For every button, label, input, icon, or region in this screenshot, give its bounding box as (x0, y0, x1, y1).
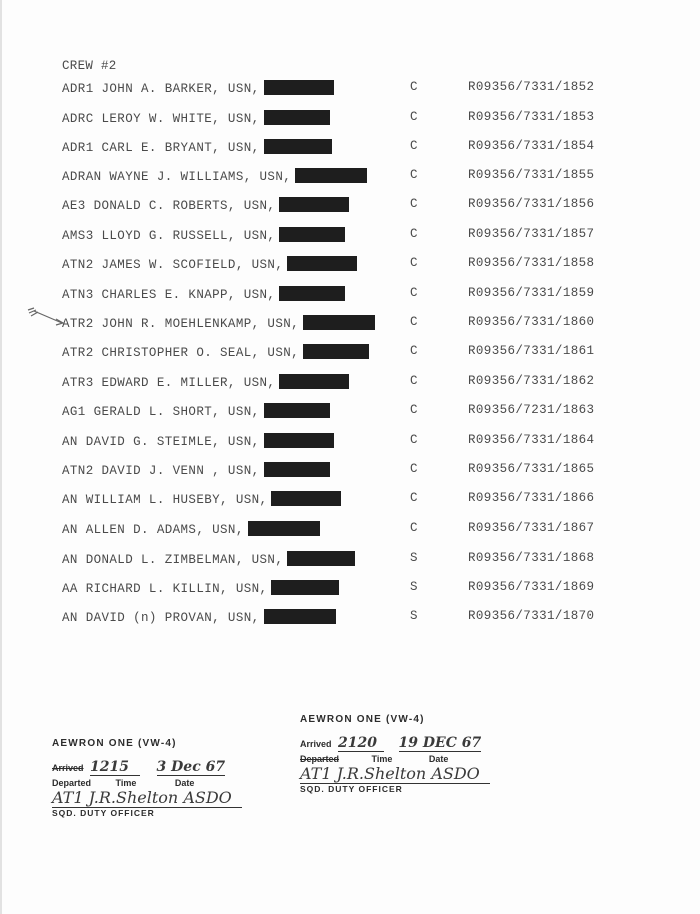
name-text: ADR1 CARL E. BRYANT, USN, (62, 141, 260, 155)
arrived-date: 19 DEC 67 (399, 735, 482, 752)
clearance-code: C (410, 256, 418, 270)
crew-member-name: ATR2 CHRISTOPHER O. SEAL, USN, (62, 344, 369, 360)
redaction-bar (271, 491, 341, 506)
arrived-date: 3 Dec 67 (157, 759, 226, 776)
crew-row: AN DONALD L. ZIMBELMAN, USN,SR09356/7331… (2, 551, 700, 571)
reference-number: R09356/7331/1856 (468, 197, 594, 211)
clearance-code: C (410, 197, 418, 211)
redaction-bar (279, 197, 349, 212)
date-label: Date (429, 754, 449, 764)
crew-row: AA RICHARD L. KILLIN, USN,SR09356/7331/1… (2, 580, 700, 600)
clearance-code: C (410, 521, 418, 535)
crew-member-name: AE3 DONALD C. ROBERTS, USN, (62, 197, 349, 213)
crew-row: ATN2 DAVID J. VENN , USN,CR09356/7331/18… (2, 462, 700, 482)
redaction-bar (248, 521, 320, 536)
reference-number: R09356/7331/1862 (468, 374, 594, 388)
reference-number: R09356/7331/1864 (468, 433, 594, 447)
name-text: AN DAVID G. STEIMLE, USN, (62, 435, 260, 449)
reference-number: R09356/7331/1860 (468, 315, 594, 329)
clearance-code: C (410, 286, 418, 300)
reference-number: R09356/7331/1859 (468, 286, 594, 300)
crew-member-name: AG1 GERALD L. SHORT, USN, (62, 403, 330, 419)
departed-label: Departed (300, 754, 339, 764)
clearance-code: C (410, 462, 418, 476)
redaction-bar (264, 80, 334, 95)
redaction-bar (264, 403, 330, 418)
crew-row: ADRC LEROY W. WHITE, USN,CR09356/7331/18… (2, 110, 700, 130)
officer-label: SQD. DUTY OFFICER (300, 784, 490, 794)
clearance-code: S (410, 551, 418, 565)
crew-member-name: ATR2 JOHN R. MOEHLENKAMP, USN, (62, 315, 375, 331)
redaction-bar (287, 551, 355, 566)
reference-number: R09356/7331/1857 (468, 227, 594, 241)
clearance-code: S (410, 609, 418, 623)
redaction-bar (279, 286, 345, 301)
redaction-bar (264, 139, 332, 154)
date-label: Date (175, 778, 195, 788)
clearance-code: C (410, 168, 418, 182)
crew-row: ATR2 CHRISTOPHER O. SEAL, USN,CR09356/73… (2, 344, 700, 364)
name-text: ATR2 CHRISTOPHER O. SEAL, USN, (62, 346, 299, 360)
clearance-code: C (410, 80, 418, 94)
reference-number: R09356/7331/1855 (468, 168, 594, 182)
crew-member-name: AN ALLEN D. ADAMS, USN, (62, 521, 320, 537)
crew-member-name: ATN2 DAVID J. VENN , USN, (62, 462, 330, 478)
crew-row: AN ALLEN D. ADAMS, USN,CR09356/7331/1867 (2, 521, 700, 541)
clearance-code: C (410, 227, 418, 241)
name-text: AN DAVID (n) PROVAN, USN, (62, 611, 260, 625)
name-text: ATN2 JAMES W. SCOFIELD, USN, (62, 258, 283, 272)
stamp-header: AEWRON ONE (VW-4) (300, 714, 490, 725)
crew-member-name: ADRC LEROY W. WHITE, USN, (62, 110, 330, 126)
crew-row: AE3 DONALD C. ROBERTS, USN,CR09356/7331/… (2, 197, 700, 217)
crew-row: ATR2 JOHN R. MOEHLENKAMP, USN,CR09356/73… (2, 315, 700, 335)
crew-member-name: ATN2 JAMES W. SCOFIELD, USN, (62, 256, 357, 272)
reference-number: R09356/7331/1853 (468, 110, 594, 124)
redaction-bar (264, 110, 330, 125)
name-text: ADRAN WAYNE J. WILLIAMS, USN, (62, 170, 291, 184)
crew-member-name: ADR1 JOHN A. BARKER, USN, (62, 80, 334, 96)
crew-row: ADRAN WAYNE J. WILLIAMS, USN,CR09356/733… (2, 168, 700, 188)
signature: AT1 J.R.Shelton ASDO (300, 764, 490, 784)
stamp-left: AEWRON ONE (VW-4) Arrived 1215 3 Dec 67 … (52, 738, 242, 818)
reference-number: R09356/7331/1870 (468, 609, 594, 623)
name-text: AN WILLIAM L. HUSEBY, USN, (62, 493, 267, 507)
name-text: AA RICHARD L. KILLIN, USN, (62, 582, 267, 596)
arrived-label: Arrived (300, 739, 332, 749)
crew-row: ADR1 JOHN A. BARKER, USN,CR09356/7331/18… (2, 80, 700, 100)
crew-row: ATN3 CHARLES E. KNAPP, USN,CR09356/7331/… (2, 286, 700, 306)
name-text: ATR3 EDWARD E. MILLER, USN, (62, 376, 275, 390)
stamp-header: AEWRON ONE (VW-4) (52, 738, 242, 749)
crew-row: ATR3 EDWARD E. MILLER, USN,CR09356/7331/… (2, 374, 700, 394)
crew-member-name: ADR1 CARL E. BRYANT, USN, (62, 139, 332, 155)
time-label: Time (372, 754, 393, 764)
reference-number: R09356/7331/1867 (468, 521, 594, 535)
clearance-code: C (410, 315, 418, 329)
crew-member-name: ATR3 EDWARD E. MILLER, USN, (62, 374, 349, 390)
redaction-bar (303, 315, 375, 330)
redaction-bar (264, 609, 336, 624)
crew-member-name: AN DAVID (n) PROVAN, USN, (62, 609, 336, 625)
clearance-code: C (410, 110, 418, 124)
time-label: Time (116, 778, 137, 788)
reference-number: R09356/7331/1869 (468, 580, 594, 594)
name-text: ATR2 JOHN R. MOEHLENKAMP, USN, (62, 317, 299, 331)
reference-number: R09356/7331/1868 (468, 551, 594, 565)
crew-row: ATN2 JAMES W. SCOFIELD, USN,CR09356/7331… (2, 256, 700, 276)
redaction-bar (295, 168, 367, 183)
name-text: ADRC LEROY W. WHITE, USN, (62, 112, 260, 126)
redaction-bar (264, 433, 334, 448)
reference-number: R09356/7331/1858 (468, 256, 594, 270)
clearance-code: C (410, 403, 418, 417)
name-text: ATN2 DAVID J. VENN , USN, (62, 464, 260, 478)
document-page: CREW #2 ADR1 JOHN A. BARKER, USN,CR09356… (0, 0, 700, 914)
crew-member-name: ADRAN WAYNE J. WILLIAMS, USN, (62, 168, 367, 184)
reference-number: R09356/7331/1865 (468, 462, 594, 476)
redaction-bar (287, 256, 357, 271)
clearance-code: C (410, 344, 418, 358)
name-text: AMS3 LLOYD G. RUSSELL, USN, (62, 229, 275, 243)
crew-row: AG1 GERALD L. SHORT, USN,CR09356/7231/18… (2, 403, 700, 423)
name-text: AN ALLEN D. ADAMS, USN, (62, 523, 244, 537)
arrived-label: Arrived (52, 763, 84, 773)
arrived-time: 1215 (90, 759, 140, 776)
clearance-code: C (410, 491, 418, 505)
crew-row: AN WILLIAM L. HUSEBY, USN,CR09356/7331/1… (2, 491, 700, 511)
officer-label: SQD. DUTY OFFICER (52, 808, 242, 818)
crew-member-name: AMS3 LLOYD G. RUSSELL, USN, (62, 227, 345, 243)
arrived-time: 2120 (338, 735, 384, 752)
clearance-code: S (410, 580, 418, 594)
clearance-code: C (410, 139, 418, 153)
reference-number: R09356/7231/1863 (468, 403, 594, 417)
crew-row: ADR1 CARL E. BRYANT, USN,CR09356/7331/18… (2, 139, 700, 159)
name-text: AN DONALD L. ZIMBELMAN, USN, (62, 553, 283, 567)
crew-member-name: AA RICHARD L. KILLIN, USN, (62, 580, 339, 596)
name-text: AE3 DONALD C. ROBERTS, USN, (62, 199, 275, 213)
reference-number: R09356/7331/1861 (468, 344, 594, 358)
reference-number: R09356/7331/1852 (468, 80, 594, 94)
name-text: AG1 GERALD L. SHORT, USN, (62, 405, 260, 419)
name-text: ATN3 CHARLES E. KNAPP, USN, (62, 288, 275, 302)
stamp-right: AEWRON ONE (VW-4) Arrived 2120 19 DEC 67… (300, 714, 490, 794)
clearance-code: C (410, 374, 418, 388)
redaction-bar (279, 227, 345, 242)
reference-number: R09356/7331/1854 (468, 139, 594, 153)
crew-row: AMS3 LLOYD G. RUSSELL, USN,CR09356/7331/… (2, 227, 700, 247)
crew-title: CREW #2 (62, 59, 117, 73)
crew-member-name: AN DAVID G. STEIMLE, USN, (62, 433, 334, 449)
redaction-bar (303, 344, 369, 359)
arrow-mark-icon (26, 306, 66, 328)
crew-member-name: ATN3 CHARLES E. KNAPP, USN, (62, 286, 345, 302)
reference-number: R09356/7331/1866 (468, 491, 594, 505)
redaction-bar (279, 374, 349, 389)
crew-row: AN DAVID (n) PROVAN, USN,SR09356/7331/18… (2, 609, 700, 629)
crew-row: AN DAVID G. STEIMLE, USN,CR09356/7331/18… (2, 433, 700, 453)
name-text: ADR1 JOHN A. BARKER, USN, (62, 82, 260, 96)
redaction-bar (264, 462, 330, 477)
signature: AT1 J.R.Shelton ASDO (52, 788, 242, 808)
redaction-bar (271, 580, 339, 595)
clearance-code: C (410, 433, 418, 447)
departed-label: Departed (52, 778, 91, 788)
crew-member-name: AN WILLIAM L. HUSEBY, USN, (62, 491, 341, 507)
crew-member-name: AN DONALD L. ZIMBELMAN, USN, (62, 551, 355, 567)
